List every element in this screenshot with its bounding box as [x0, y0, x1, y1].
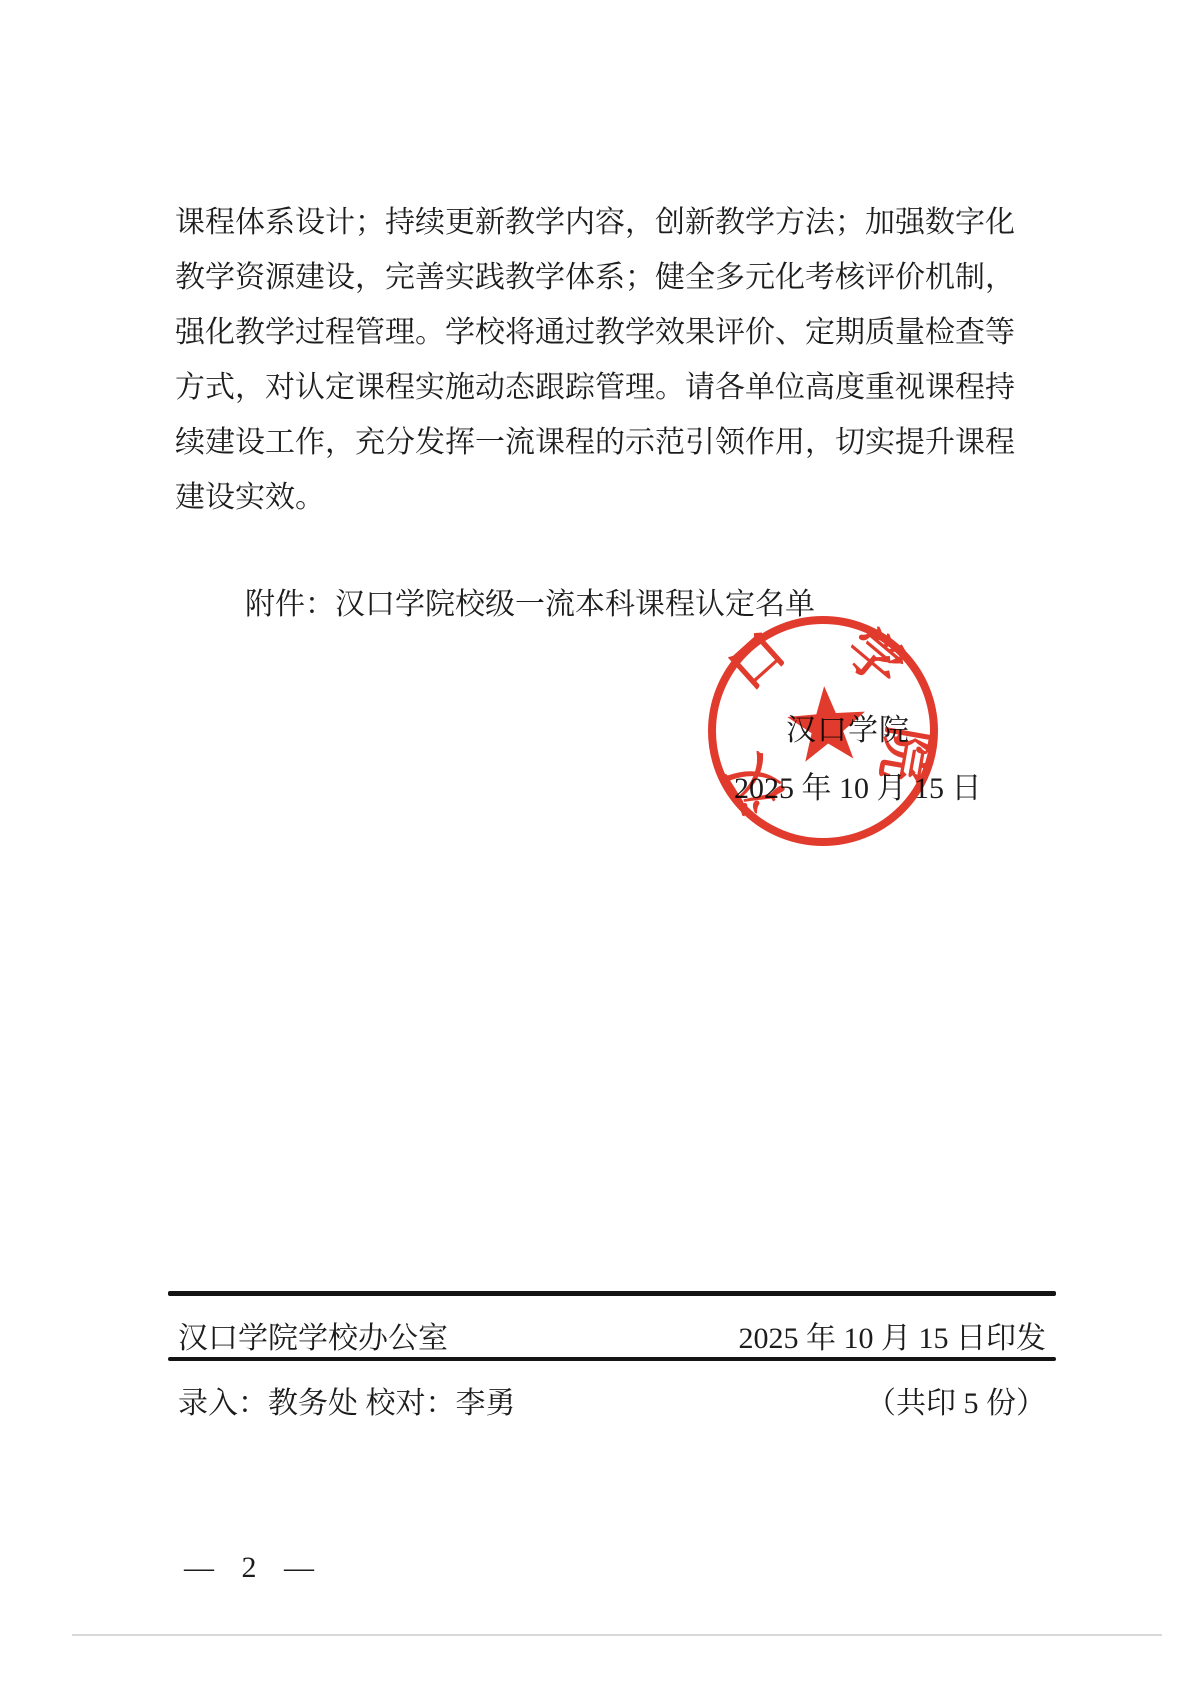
body-line: 续建设工作，充分发挥一流课程的示范引领作用，切实提升课程: [175, 415, 1021, 470]
footer-issuer-row: 汉口学院学校办公室 2025 年 10 月 15 日印发: [168, 1313, 1056, 1357]
footer-top-rule: [168, 1291, 1056, 1296]
seal-char: 口: [717, 621, 797, 702]
seal-star-icon: [785, 683, 868, 762]
copies-count: （共印 5 份）: [866, 1378, 1046, 1422]
typist-proofreader: 录入：教务处 校对：李勇: [178, 1378, 516, 1422]
scan-edge-artifact: [72, 1634, 1162, 1636]
seal-char: 汉: [715, 744, 795, 822]
print-date: 2025 年 10 月 15 日印发: [739, 1313, 1047, 1357]
seal-char: 学: [834, 618, 914, 699]
body-line: 强化教学过程管理。学校将通过教学效果评价、定期质量检查等: [175, 305, 1021, 360]
body-line: 方式，对认定课程实施动态跟踪管理。请各单位高度重视课程持: [175, 360, 1021, 415]
footer-divider-rule: [168, 1357, 1056, 1361]
body-line: 建设实效。: [175, 470, 1021, 525]
official-seal: 汉 口 学 院: [698, 606, 948, 856]
page-number: — 2 —: [184, 1551, 324, 1585]
body-line: 课程体系设计；持续更新教学内容，创新教学方法；加强数字化: [175, 195, 1021, 250]
issuing-office: 汉口学院学校办公室: [178, 1313, 448, 1357]
body-line: 教学资源建设，完善实践教学体系；健全多元化考核评价机制，: [175, 250, 1021, 305]
body-paragraph: 课程体系设计；持续更新教学内容，创新教学方法；加强数字化 教学资源建设，完善实践…: [175, 195, 1021, 525]
seal-char: 院: [870, 722, 938, 786]
document-page: 课程体系设计；持续更新教学内容，创新教学方法；加强数字化 教学资源建设，完善实践…: [0, 0, 1191, 1684]
footer-typist-row: 录入：教务处 校对：李勇 （共印 5 份）: [168, 1378, 1056, 1422]
